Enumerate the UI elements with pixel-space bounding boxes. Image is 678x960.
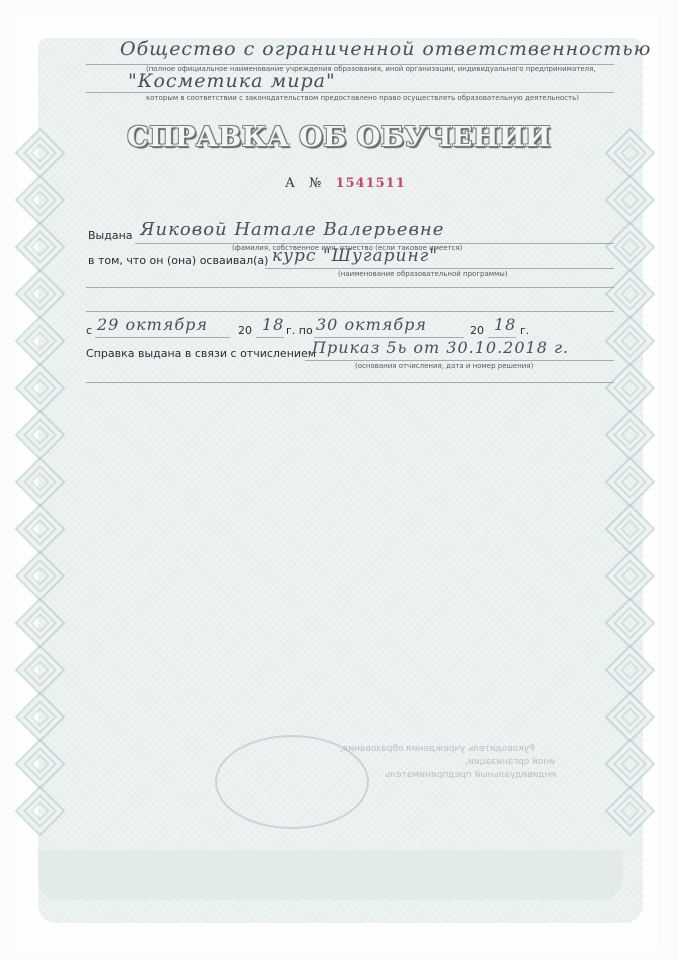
document-title: СПРАВКА ОБ ОБУЧЕНИИ bbox=[0, 122, 678, 153]
program-line bbox=[265, 268, 614, 269]
year-suffix: г. bbox=[520, 324, 529, 337]
org-caption-2: которым в соответствии с законодательств… bbox=[146, 94, 579, 102]
from-date-line bbox=[95, 337, 230, 338]
reason-label: Справка выдана в связи с отчислением bbox=[86, 347, 316, 360]
issued-to-handwritten: Яиковой Натале Валерьевне bbox=[140, 219, 444, 240]
year-prefix-1: 20 bbox=[238, 324, 252, 337]
to-year-handwritten: 18 bbox=[494, 315, 516, 334]
series-letter: А bbox=[285, 176, 295, 191]
certificate-number: 1541511 bbox=[335, 176, 405, 191]
reason-line bbox=[305, 360, 614, 361]
blank-line-1 bbox=[86, 287, 614, 288]
org-name-handwritten-line2: "Косметика мира" bbox=[128, 70, 336, 92]
program-handwritten: курс "Шугаринг" bbox=[272, 246, 438, 266]
reason-handwritten: Приказ 5ь от 30.10.2018 г. bbox=[312, 338, 569, 357]
reason-caption: (основания отчисления, дата и номер реше… bbox=[355, 362, 533, 370]
blank-line-3 bbox=[86, 382, 614, 383]
program-caption: (наименование образовательной программы) bbox=[338, 270, 508, 278]
from-prefix: с bbox=[86, 324, 92, 337]
series-number: А № 1541511 bbox=[285, 176, 406, 191]
faded-signatory-line-1: Руководитель учреждения образования, bbox=[340, 744, 534, 754]
to-date-handwritten: 30 октября bbox=[316, 315, 427, 334]
org-line-2 bbox=[86, 92, 614, 93]
year-prefix-2: 20 bbox=[470, 324, 484, 337]
blank-line-2 bbox=[86, 311, 614, 312]
studied-label: в том, что он (она) осваивал(а) bbox=[88, 254, 268, 267]
to-label: г. по bbox=[286, 324, 313, 337]
issued-label: Выдана bbox=[88, 229, 133, 242]
from-year-line bbox=[256, 337, 284, 338]
from-date-handwritten: 29 октября bbox=[97, 315, 208, 334]
faded-signatory-line-3: индивидуальный предприниматель bbox=[385, 770, 556, 780]
org-name-handwritten-line1: Общество с ограниченной ответственностью bbox=[120, 38, 651, 60]
number-sign: № bbox=[309, 176, 321, 191]
faded-signatory-line-2: иной организации, bbox=[465, 757, 555, 767]
from-year-handwritten: 18 bbox=[262, 315, 284, 334]
